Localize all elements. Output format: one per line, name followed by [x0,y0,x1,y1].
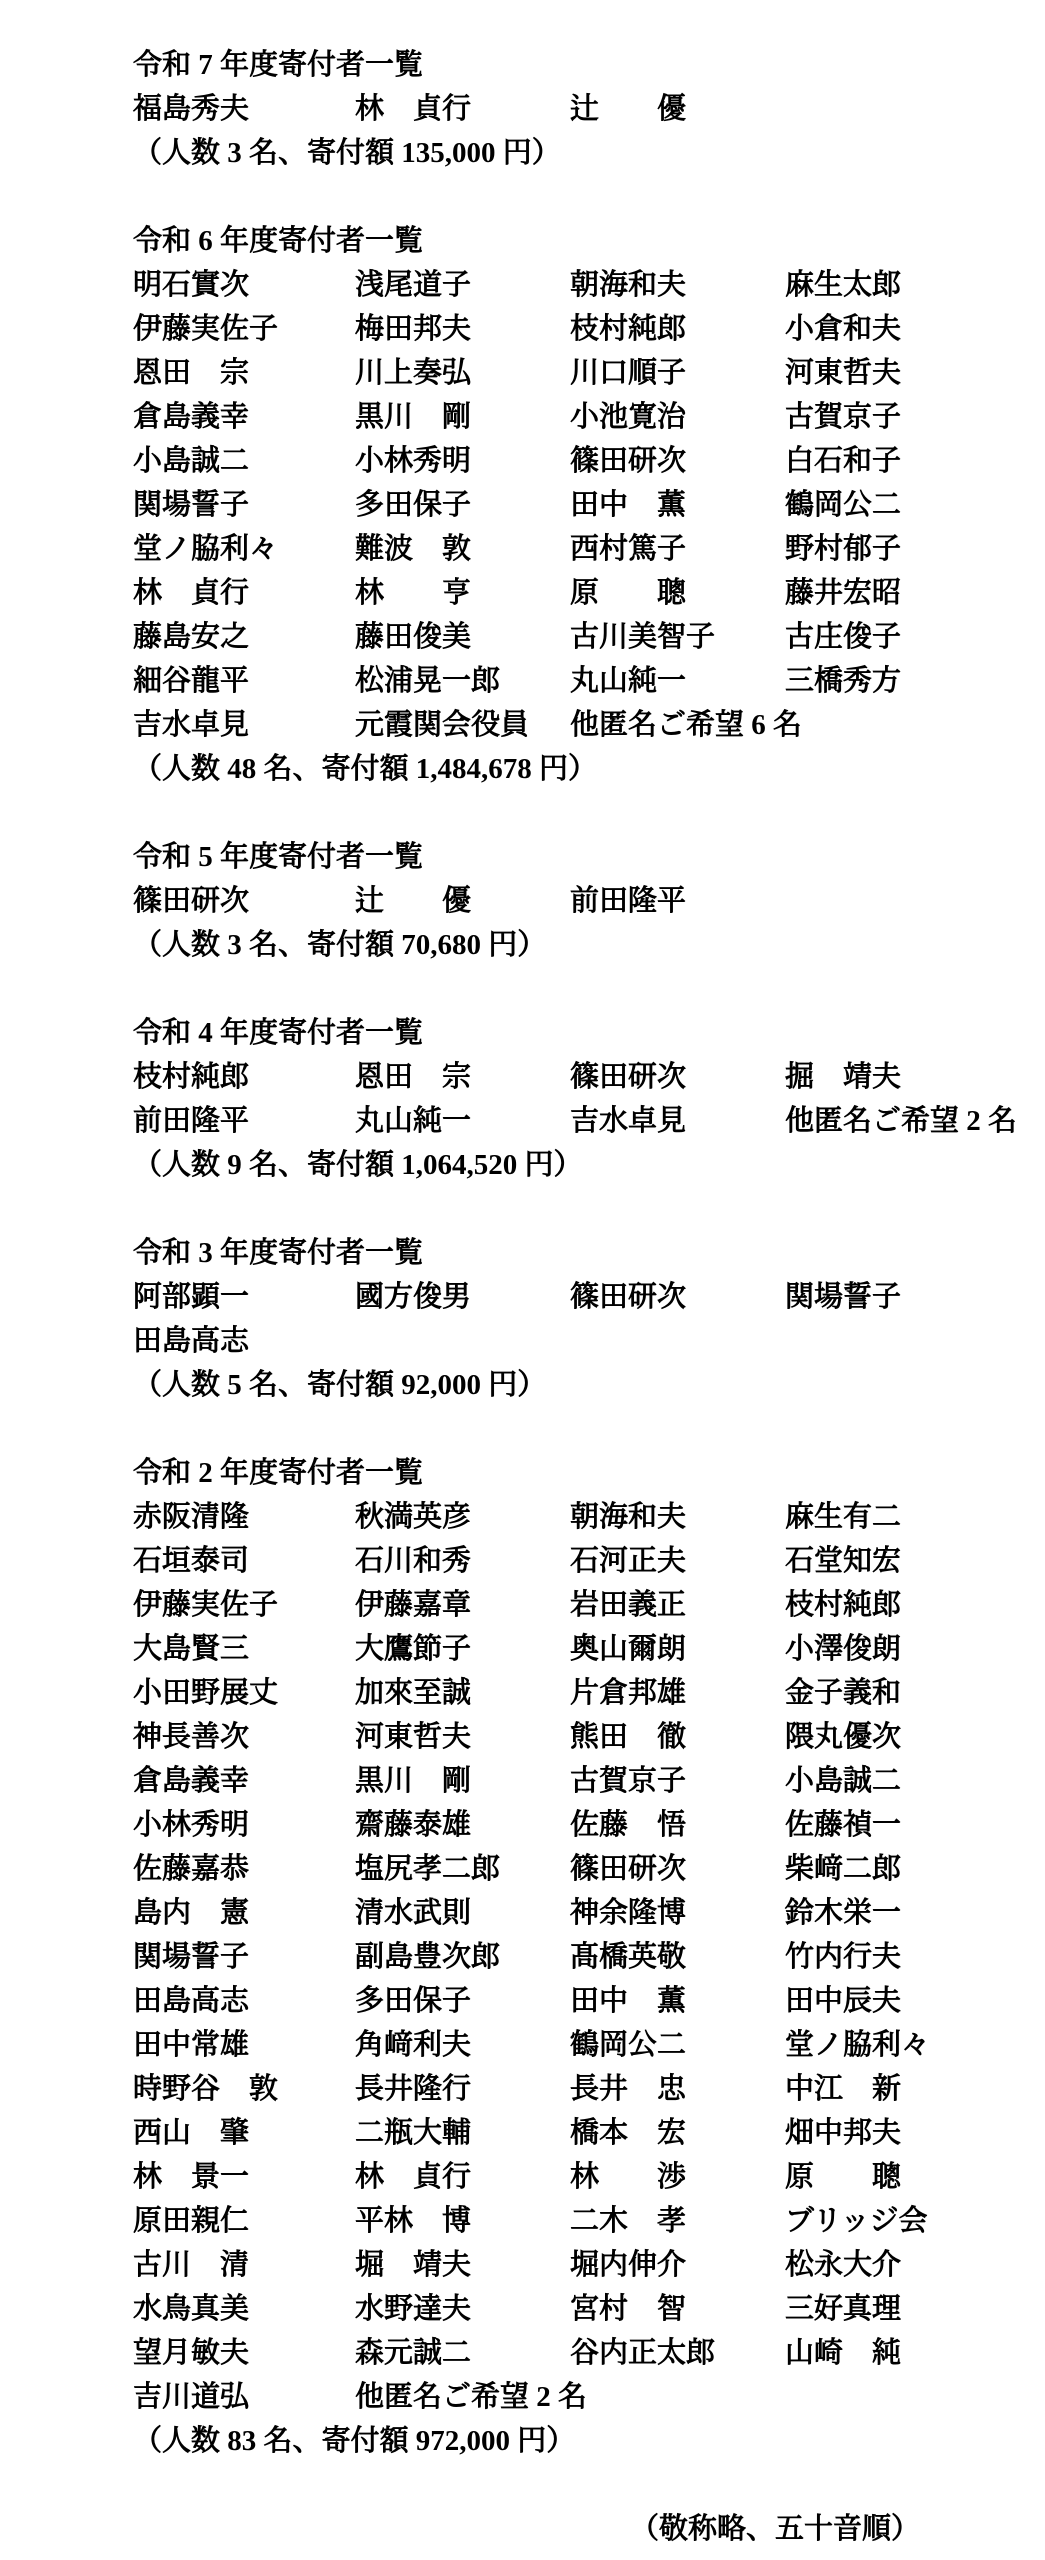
donor-name: 小林秀明 [133,1803,249,1847]
donor-name: 枝村純郎 [785,1583,901,1627]
donor-name: 林 貞行 [355,87,471,131]
donor-name: 片倉邦雄 [570,1671,686,1715]
donor-name: 藤田俊美 [355,615,471,659]
donor-name: 石堂知宏 [785,1539,901,1583]
donor-name: 田中辰夫 [785,1979,901,2023]
donor-name: 神余隆博 [570,1891,686,1935]
donor-name: 他匿名ご希望 2 名 [355,2375,587,2419]
donor-name-row: 田島高志 [133,1319,920,1363]
donor-name: 麻生有二 [785,1495,901,1539]
donor-name: 倉島義幸 [133,395,249,439]
donor-name: 掘 靖夫 [785,1055,901,1099]
donor-name-row: 西山 肇二瓶大輔橋本 宏畑中邦夫 [133,2111,920,2155]
donor-name: 時野谷 敦 [133,2067,278,2111]
sections-container: 令和 7 年度寄付者一覧福島秀夫林 貞行辻 優（人数 3 名、寄付額 135,0… [133,43,920,2463]
donor-name: 古賀京子 [570,1759,686,1803]
donor-name: 山崎 純 [785,2331,901,2375]
donor-name: 二瓶大輔 [355,2111,471,2155]
donor-name-row: 吉水卓見元霞関会役員他匿名ご希望 6 名 [133,703,920,747]
donor-name-row: 倉島義幸黒川 剛小池寛治古賀京子 [133,395,920,439]
donor-name: 朝海和夫 [570,1495,686,1539]
donor-name: 川口順子 [570,351,686,395]
donor-name: 伊藤実佐子 [133,1583,278,1627]
donor-name-row: 望月敏夫森元誠二谷内正太郎山崎 純 [133,2331,920,2375]
donor-name: 畑中邦夫 [785,2111,901,2155]
donor-name: 大鷹節子 [355,1627,471,1671]
donor-name: 元霞関会役員 [355,703,529,747]
donor-name: 難波 敦 [355,527,471,571]
donor-name: 丸山純一 [355,1099,471,1143]
donor-name: 篠田研次 [570,1847,686,1891]
donor-name: 他匿名ご希望 6 名 [570,703,802,747]
donor-name: 林 亨 [355,571,471,615]
donor-name: 川上奏弘 [355,351,471,395]
donor-name-row: 赤阪清隆秋満英彦朝海和夫麻生有二 [133,1495,920,1539]
donor-name: 長井 忠 [570,2067,686,2111]
donor-name: 堀 靖夫 [355,2243,471,2287]
donor-name-row: 林 貞行林 亨原 聰藤井宏昭 [133,571,920,615]
donor-name: 平林 博 [355,2199,471,2243]
donor-name-row: 佐藤嘉恭塩尻孝二郎篠田研次柴﨑二郎 [133,1847,920,1891]
donor-name: 河東哲夫 [355,1715,471,1759]
donor-name: 辻 優 [570,87,686,131]
donor-name-row: 阿部顕一國方俊男篠田研次関場誓子 [133,1275,920,1319]
section-summary: （人数 83 名、寄付額 972,000 円） [133,2419,920,2463]
donor-name-row: 枝村純郎恩田 宗篠田研次掘 靖夫 [133,1055,920,1099]
donor-name: 原 聰 [570,571,686,615]
donor-name-row: 関場誓子副島豊次郎髙橋英敬竹内行夫 [133,1935,920,1979]
donor-name: 篠田研次 [570,1055,686,1099]
fiscal-year-section: 令和 3 年度寄付者一覧阿部顕一國方俊男篠田研次関場誓子田島高志（人数 5 名、… [133,1231,920,1407]
section-title: 令和 2 年度寄付者一覧 [133,1451,920,1495]
donor-name: 森元誠二 [355,2331,471,2375]
donor-name: 髙橋英敬 [570,1935,686,1979]
donor-name: 伊藤実佐子 [133,307,278,351]
donor-name: 伊藤嘉章 [355,1583,471,1627]
donor-name: 藤島安之 [133,615,249,659]
donor-name: 岩田義正 [570,1583,686,1627]
donor-name: 望月敏夫 [133,2331,249,2375]
donor-name: 田中常雄 [133,2023,249,2067]
donor-name-row: 神長善次河東哲夫熊田 徹隈丸優次 [133,1715,920,1759]
fiscal-year-section: 令和 7 年度寄付者一覧福島秀夫林 貞行辻 優（人数 3 名、寄付額 135,0… [133,43,920,175]
donor-name: 野村郁子 [785,527,901,571]
donor-name-row: 小島誠二小林秀明篠田研次白石和子 [133,439,920,483]
donor-name-row: 吉川道弘他匿名ご希望 2 名 [133,2375,920,2419]
donor-name: 原 聰 [785,2155,901,2199]
donor-name: 鈴木栄一 [785,1891,901,1935]
donor-name: 赤阪清隆 [133,1495,249,1539]
donor-name-row: 石垣泰司石川和秀石河正夫石堂知宏 [133,1539,920,1583]
donor-name: 中江 新 [785,2067,901,2111]
donor-name: 林 貞行 [355,2155,471,2199]
donor-name: 細谷龍平 [133,659,249,703]
donor-name: 小林秀明 [355,439,471,483]
donor-name: 大島賢三 [133,1627,249,1671]
donor-name: 黒川 剛 [355,1759,471,1803]
donor-name: 原田親仁 [133,2199,249,2243]
donor-name: 秋満英彦 [355,1495,471,1539]
donor-name: 前田隆平 [133,1099,249,1143]
donor-list-document: 令和 7 年度寄付者一覧福島秀夫林 貞行辻 優（人数 3 名、寄付額 135,0… [0,0,1045,2560]
donor-name: 石河正夫 [570,1539,686,1583]
donor-name-row: 小田野展丈加來至誠片倉邦雄金子義和 [133,1671,920,1715]
donor-name: 堂ノ脇利々 [133,527,278,571]
donor-name-row: 関場誓子多田保子田中 薫鶴岡公二 [133,483,920,527]
donor-name: 白石和子 [785,439,901,483]
donor-name-row: 島内 憲清水武則神余隆博鈴木栄一 [133,1891,920,1935]
donor-name: 加來至誠 [355,1671,471,1715]
section-title: 令和 3 年度寄付者一覧 [133,1231,920,1275]
donor-name: 明石實次 [133,263,249,307]
donor-name-row: 小林秀明齋藤泰雄佐藤 悟佐藤禎一 [133,1803,920,1847]
donor-name: ブリッジ会 [785,2199,928,2243]
donor-name: 他匿名ご希望 2 名 [785,1099,1017,1143]
donor-name: 朝海和夫 [570,263,686,307]
fiscal-year-section: 令和 4 年度寄付者一覧枝村純郎恩田 宗篠田研次掘 靖夫前田隆平丸山純一吉水卓見… [133,1011,920,1187]
donor-name: 麻生太郎 [785,263,901,307]
donor-name-row: 水鳥真美水野達夫宮村 智三好真理 [133,2287,920,2331]
donor-name: 吉水卓見 [570,1099,686,1143]
section-summary: （人数 9 名、寄付額 1,064,520 円） [133,1143,920,1187]
donor-name: 宮村 智 [570,2287,686,2331]
donor-name: 関場誓子 [133,483,249,527]
donor-name: 奥山爾朗 [570,1627,686,1671]
donor-name-row: 伊藤実佐子伊藤嘉章岩田義正枝村純郎 [133,1583,920,1627]
donor-name: 小島誠二 [133,439,249,483]
donor-name: 枝村純郎 [133,1055,249,1099]
donor-name: 三橋秀方 [785,659,901,703]
donor-name-row: 田中常雄角﨑利夫鶴岡公二堂ノ脇利々 [133,2023,920,2067]
donor-name: 古庄俊子 [785,615,901,659]
donor-name-row: 恩田 宗川上奏弘川口順子河東哲夫 [133,351,920,395]
donor-name-row: 林 景一林 貞行林 渉原 聰 [133,2155,920,2199]
donor-name: 角﨑利夫 [355,2023,471,2067]
donor-name: 島内 憲 [133,1891,249,1935]
donor-name: 吉川道弘 [133,2375,249,2419]
donor-name: 阿部顕一 [133,1275,249,1319]
donor-name: 河東哲夫 [785,351,901,395]
donor-name: 浅尾道子 [355,263,471,307]
donor-name-row: 原田親仁平林 博二木 孝ブリッジ会 [133,2199,920,2243]
donor-name: 田島高志 [133,1979,249,2023]
donor-name: 篠田研次 [570,1275,686,1319]
donor-name: 小島誠二 [785,1759,901,1803]
donor-name: 柴﨑二郎 [785,1847,901,1891]
donor-name: 恩田 宗 [355,1055,471,1099]
donor-name: 二木 孝 [570,2199,686,2243]
donor-name: 林 貞行 [133,571,249,615]
section-title: 令和 7 年度寄付者一覧 [133,43,920,87]
donor-name-row: 篠田研次辻 優前田隆平 [133,879,920,923]
donor-name: 前田隆平 [570,879,686,923]
donor-name-row: 古川 清堀 靖夫堀内伸介松永大介 [133,2243,920,2287]
donor-name: 石川和秀 [355,1539,471,1583]
donor-name-row: 藤島安之藤田俊美古川美智子古庄俊子 [133,615,920,659]
donor-name: 三好真理 [785,2287,901,2331]
donor-name: 谷内正太郎 [570,2331,715,2375]
donor-name: 多田保子 [355,483,471,527]
donor-name: 西山 肇 [133,2111,249,2155]
section-summary: （人数 48 名、寄付額 1,484,678 円） [133,747,920,791]
donor-name: 小田野展丈 [133,1671,278,1715]
donor-name: 小池寛治 [570,395,686,439]
donor-name: 水野達夫 [355,2287,471,2331]
donor-name: 佐藤 悟 [570,1803,686,1847]
donor-name: 辻 優 [355,879,471,923]
donor-name: 林 景一 [133,2155,249,2199]
donor-name: 古賀京子 [785,395,901,439]
donor-name: 熊田 徹 [570,1715,686,1759]
donor-name: 田中 薫 [570,1979,686,2023]
donor-name: 林 渉 [570,2155,686,2199]
section-title: 令和 4 年度寄付者一覧 [133,1011,920,1055]
section-summary: （人数 3 名、寄付額 70,680 円） [133,923,920,967]
donor-name: 松浦晃一郎 [355,659,500,703]
section-summary: （人数 5 名、寄付額 92,000 円） [133,1363,920,1407]
donor-name: 藤井宏昭 [785,571,901,615]
donor-name: 橋本 宏 [570,2111,686,2155]
donor-list-screenshot: { "document": { "background_color": "#ff… [0,0,1045,2560]
donor-name: 鶴岡公二 [785,483,901,527]
donor-name: 田島高志 [133,1319,249,1363]
donor-name: 篠田研次 [570,439,686,483]
donor-name: 鶴岡公二 [570,2023,686,2067]
donor-name: 松永大介 [785,2243,901,2287]
donor-name: 副島豊次郎 [355,1935,500,1979]
donor-name: 田中 薫 [570,483,686,527]
donor-name: 佐藤禎一 [785,1803,901,1847]
donor-name-row: 細谷龍平松浦晃一郎丸山純一三橋秀方 [133,659,920,703]
donor-name: 金子義和 [785,1671,901,1715]
donor-name: 齋藤泰雄 [355,1803,471,1847]
section-title: 令和 6 年度寄付者一覧 [133,219,920,263]
donor-name: 堂ノ脇利々 [785,2023,930,2067]
donor-name: 福島秀夫 [133,87,249,131]
donor-name-row: 堂ノ脇利々難波 敦西村篤子野村郁子 [133,527,920,571]
donor-name: 梅田邦夫 [355,307,471,351]
donor-name: 竹内行夫 [785,1935,901,1979]
fiscal-year-section: 令和 6 年度寄付者一覧明石實次浅尾道子朝海和夫麻生太郎伊藤実佐子梅田邦夫枝村純… [133,219,920,791]
donor-name: 古川美智子 [570,615,715,659]
donor-name: 恩田 宗 [133,351,249,395]
donor-name-row: 福島秀夫林 貞行辻 優 [133,87,920,131]
section-title: 令和 5 年度寄付者一覧 [133,835,920,879]
honorifics-note: （敬称略、五十音順） [133,2507,920,2551]
donor-name: 多田保子 [355,1979,471,2023]
section-summary: （人数 3 名、寄付額 135,000 円） [133,131,920,175]
donor-name: 枝村純郎 [570,307,686,351]
donor-name-row: 伊藤実佐子梅田邦夫枝村純郎小倉和夫 [133,307,920,351]
donor-name-row: 倉島義幸黒川 剛古賀京子小島誠二 [133,1759,920,1803]
donor-name: 石垣泰司 [133,1539,249,1583]
donor-name: 塩尻孝二郎 [355,1847,500,1891]
donor-name: 神長善次 [133,1715,249,1759]
donor-name: 清水武則 [355,1891,471,1935]
donor-name: 佐藤嘉恭 [133,1847,249,1891]
donor-name-row: 大島賢三大鷹節子奥山爾朗小澤俊朗 [133,1627,920,1671]
donor-name-row: 田島高志多田保子田中 薫田中辰夫 [133,1979,920,2023]
donor-name: 丸山純一 [570,659,686,703]
fiscal-year-section: 令和 2 年度寄付者一覧赤阪清隆秋満英彦朝海和夫麻生有二石垣泰司石川和秀石河正夫… [133,1451,920,2463]
donor-name-row: 時野谷 敦長井隆行長井 忠中江 新 [133,2067,920,2111]
donor-name: 関場誓子 [133,1935,249,1979]
donor-name: 倉島義幸 [133,1759,249,1803]
donor-name: 堀内伸介 [570,2243,686,2287]
donor-name-row: 明石實次浅尾道子朝海和夫麻生太郎 [133,263,920,307]
donor-name: 國方俊男 [355,1275,471,1319]
donor-name: 篠田研次 [133,879,249,923]
donor-name: 西村篤子 [570,527,686,571]
donor-name: 古川 清 [133,2243,249,2287]
donor-name: 小倉和夫 [785,307,901,351]
donor-name-row: 前田隆平丸山純一吉水卓見他匿名ご希望 2 名 [133,1099,920,1143]
donor-name: 長井隆行 [355,2067,471,2111]
donor-name: 黒川 剛 [355,395,471,439]
donor-name: 水鳥真美 [133,2287,249,2331]
donor-name: 小澤俊朗 [785,1627,901,1671]
fiscal-year-section: 令和 5 年度寄付者一覧篠田研次辻 優前田隆平（人数 3 名、寄付額 70,68… [133,835,920,967]
donor-name: 隈丸優次 [785,1715,901,1759]
donor-name: 関場誓子 [785,1275,901,1319]
donor-name: 吉水卓見 [133,703,249,747]
